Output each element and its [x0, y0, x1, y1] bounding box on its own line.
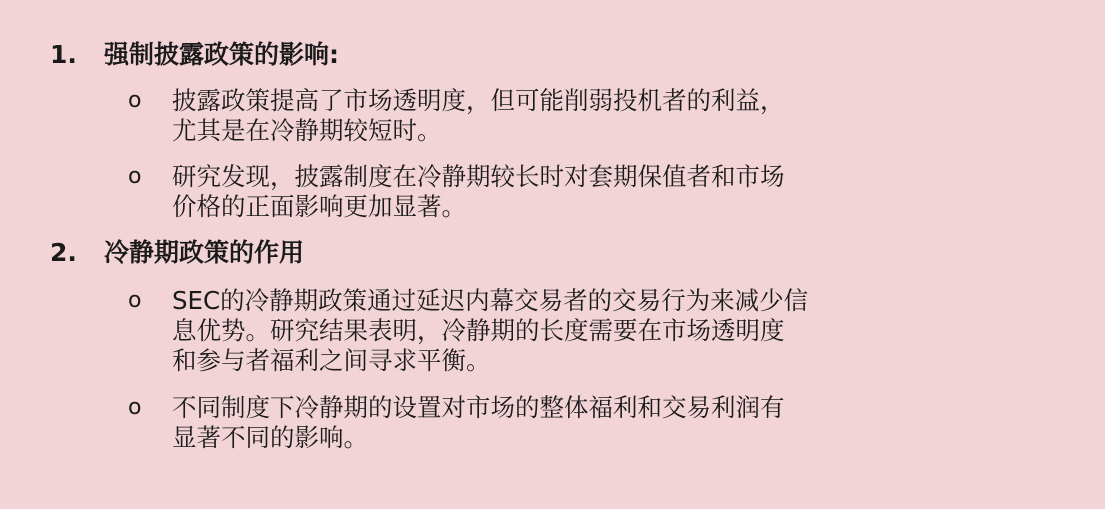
section-heading-1: 1.强制披露政策的影响: — [50, 40, 339, 70]
bullet-line: SEC的冷静期政策通过延迟内幕交易者的交易行为来减少信 — [172, 286, 1052, 316]
section-number: 2. — [50, 238, 104, 268]
section-heading-2: 2.冷静期政策的作用 — [50, 238, 304, 268]
bullet-line: 不同制度下冷静期的设置对市场的整体福利和交易利润有 — [172, 393, 1052, 423]
bullet-text: 披露政策提高了市场透明度，但可能削弱投机者的利益， 尤其是在冷静期较短时。 — [172, 86, 1052, 146]
slide-content: 1.强制披露政策的影响: o 披露政策提高了市场透明度，但可能削弱投机者的利益，… — [0, 0, 1105, 509]
bullet-text: 研究发现，披露制度在冷静期较长时对套期保值者和市场 价格的正面影响更加显著。 — [172, 162, 1052, 222]
section-number: 1. — [50, 40, 104, 70]
bullet-line: 息优势。研究结果表明，冷静期的长度需要在市场透明度 — [172, 316, 1052, 346]
bullet-text: 不同制度下冷静期的设置对市场的整体福利和交易利润有 显著不同的影响。 — [172, 393, 1052, 453]
bullet-line: 和参与者福利之间寻求平衡。 — [172, 346, 1052, 376]
bullet-line: 价格的正面影响更加显著。 — [172, 192, 1052, 222]
bullet-text: SEC的冷静期政策通过延迟内幕交易者的交易行为来减少信 息优势。研究结果表明，冷… — [172, 286, 1052, 376]
section-title: 强制披露政策的影响: — [104, 40, 339, 69]
section-title: 冷静期政策的作用 — [104, 238, 304, 267]
hollow-circle-bullet-icon: o — [128, 86, 141, 116]
bullet-line: 显著不同的影响。 — [172, 423, 1052, 453]
hollow-circle-bullet-icon: o — [128, 393, 141, 423]
bullet-line: 披露政策提高了市场透明度，但可能削弱投机者的利益， — [172, 86, 1052, 116]
hollow-circle-bullet-icon: o — [128, 286, 141, 316]
hollow-circle-bullet-icon: o — [128, 162, 141, 192]
bullet-line: 尤其是在冷静期较短时。 — [172, 116, 1052, 146]
bullet-line: 研究发现，披露制度在冷静期较长时对套期保值者和市场 — [172, 162, 1052, 192]
